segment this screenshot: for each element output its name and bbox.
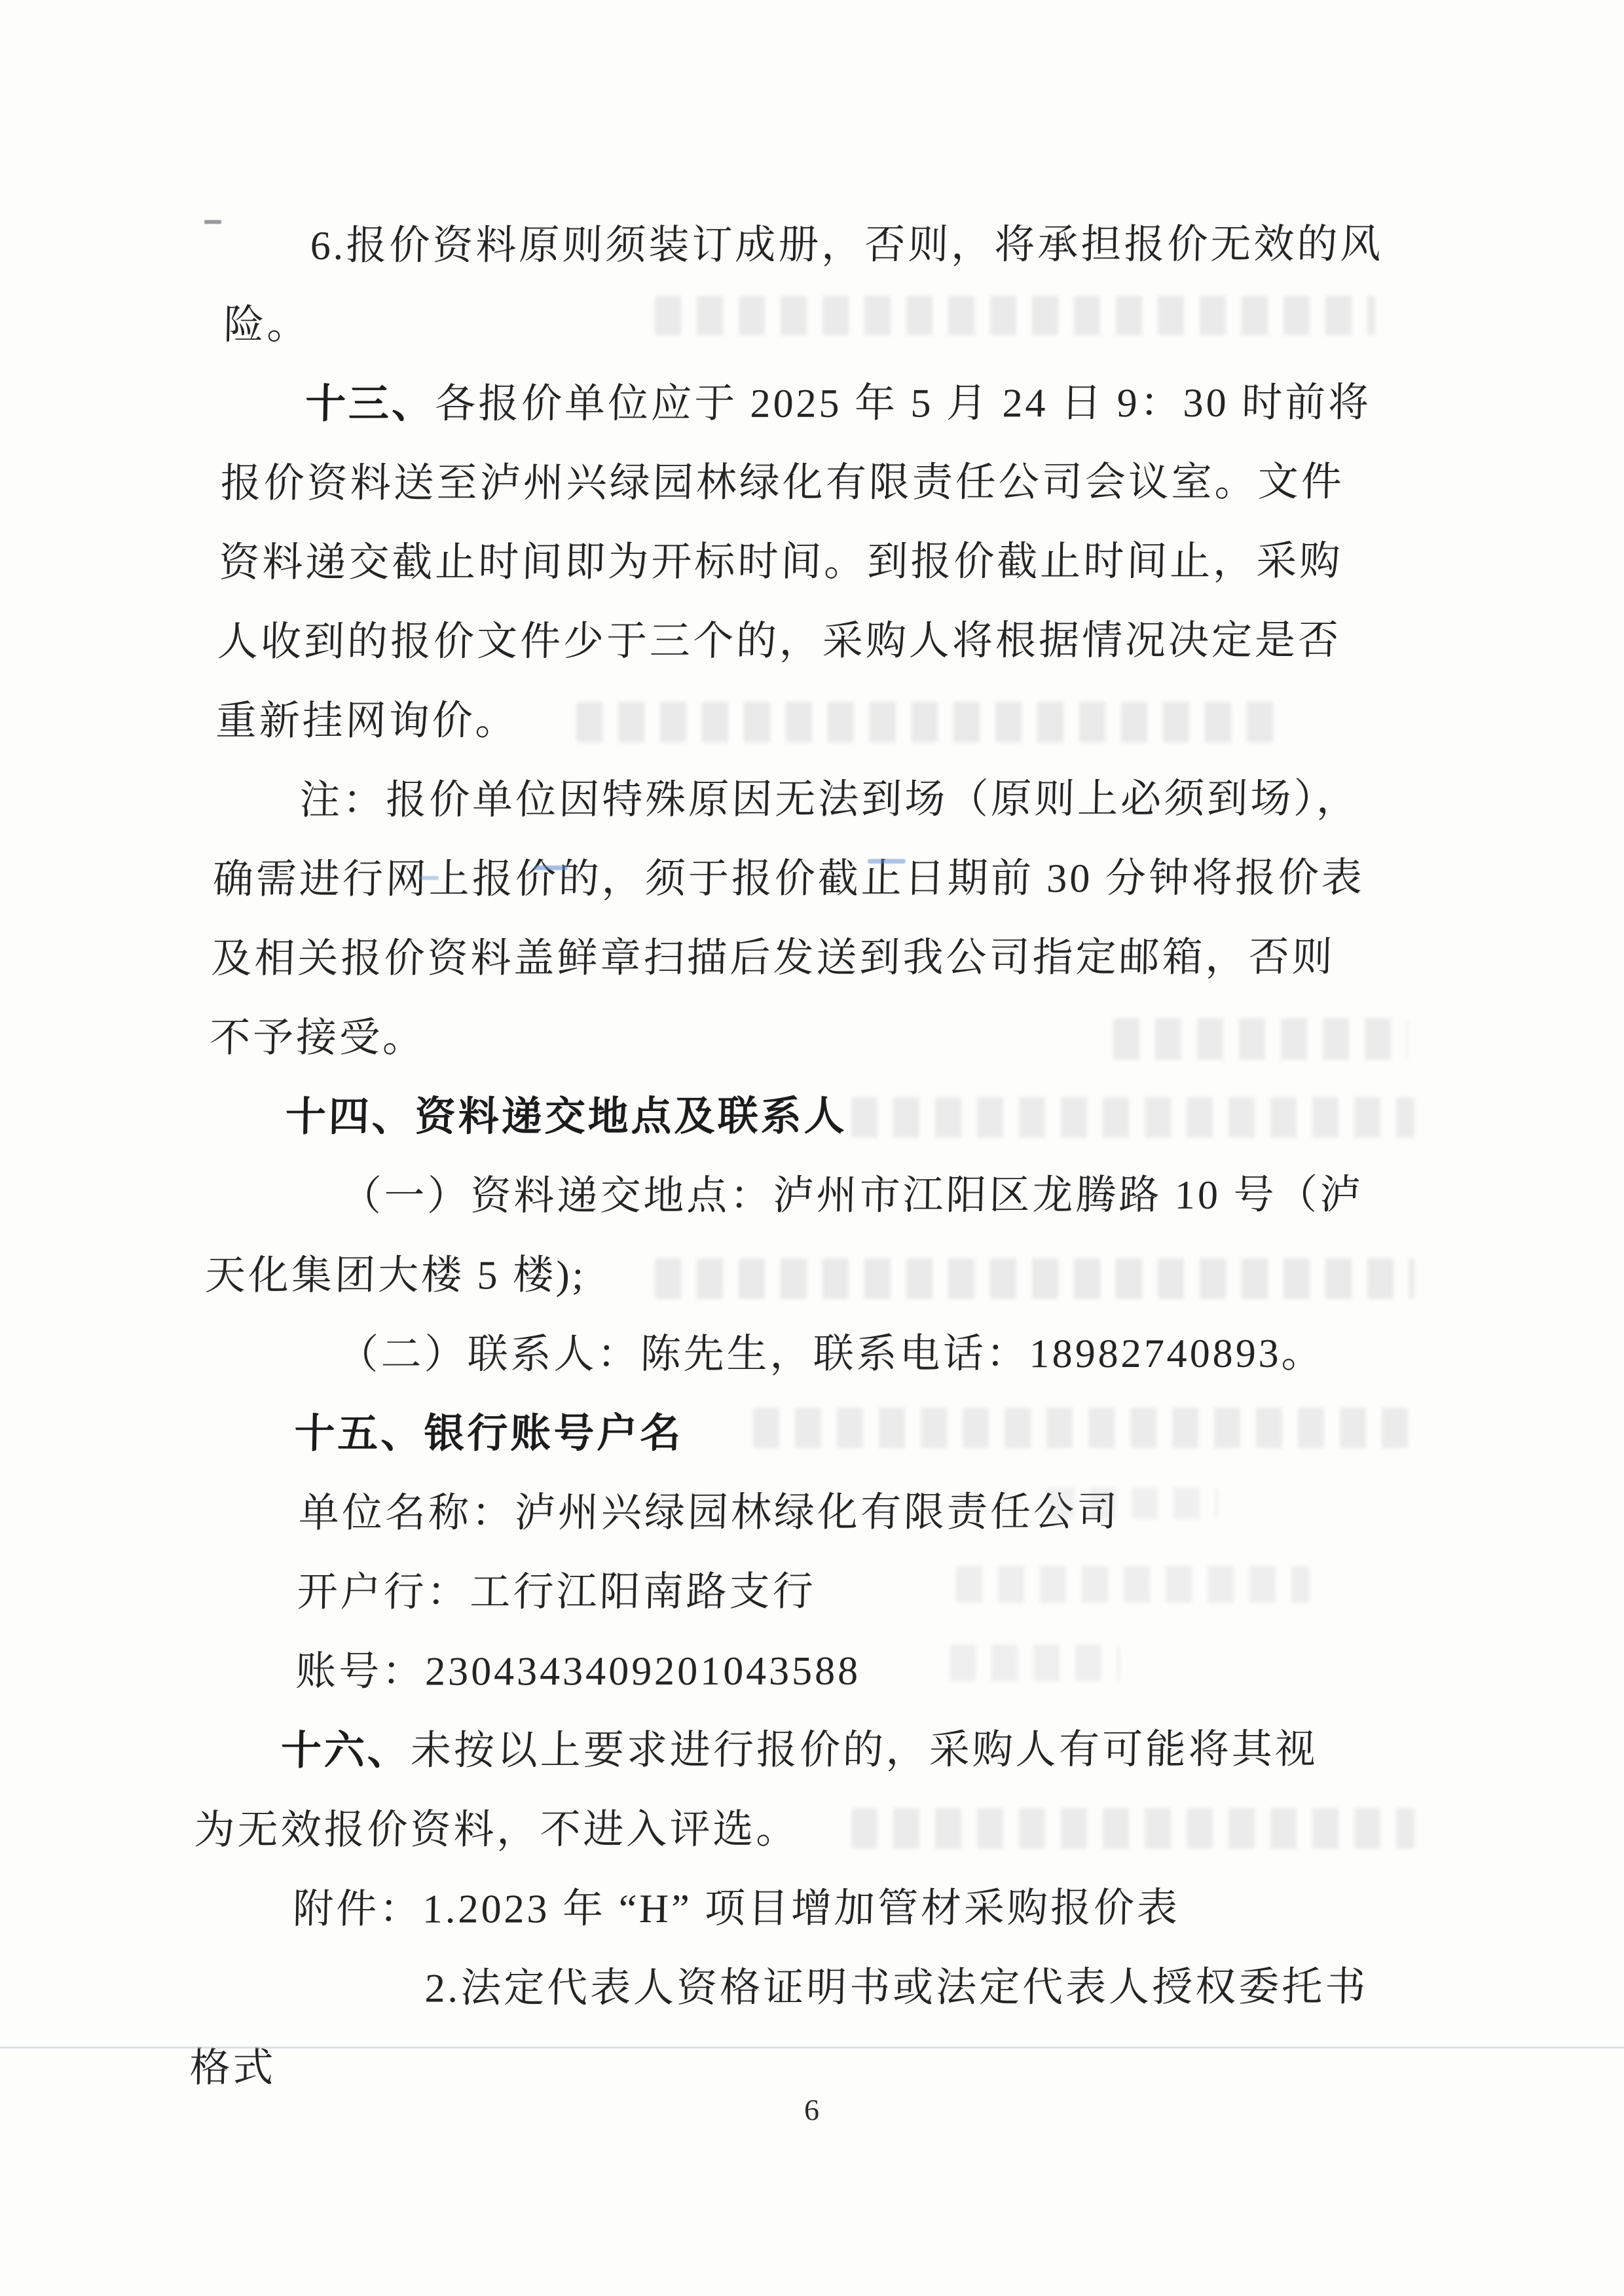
blue-ink-mark [534,866,568,870]
bleed-through-artifact [576,702,1283,742]
line-text: 报价资料送至泸州兴绿园林绿化有限责任公司会议室。文件 [220,460,1344,506]
doc-line-account-number: 账号：2304343409201043588 [196,1631,1380,1712]
line-text: 6.报价资料原则须装订成册，否则，将承担报价无效的风 [310,223,1384,268]
line-text: 格式 [189,2046,276,2090]
line-text: 不予接受。 [210,1016,426,1061]
line-text: 及相关报价资料盖鲜章扫描后发送到我公司指定邮箱，否则 [211,936,1335,981]
line-text: 人收到的报价文件少于三个的，采购人将根据情况决定是否 [217,619,1341,665]
doc-line-attachment-2: 2.法定代表人资格证明书或法定代表人授权委托书 [191,1948,1374,2029]
doc-line-section-13-cont-2: 资料递交截止时间即为开标时间。到报价截止时间止，采购 [218,522,1401,603]
doc-line-note-cont-2: 及相关报价资料盖鲜章扫描后发送到我公司指定邮箱，否则 [210,918,1393,999]
line-text: 附件：1.2023 年 “H” 项目增加管材采购报价表 [292,1886,1180,1932]
line-text: 重新挂网询价。 [215,699,519,744]
line-text: 天化集团大楼 5 楼); [204,1253,586,1298]
scanned-document-page: 6.报价资料原则须装订成册，否则，将承担报价无效的风 险。 十三、各报价单位应于… [0,0,1624,2296]
doc-line-note: 注：报价单位因特殊原因无法到场（原则上必须到场）， [213,759,1397,841]
blue-ink-mark [868,859,906,864]
line-text: 资料递交截止时间即为开标时间。到报价截止时间止，采购 [219,539,1343,585]
doc-line-contact-person: （二）联系人：陈先生，联系电话：18982740893。 [203,1314,1386,1395]
bleed-through-artifact [1048,1487,1218,1519]
doc-line-note-cont-1: 确需进行网上报价的，须于报价截止日期前 30 分钟将报价表 [212,839,1395,920]
footer-scan-line [0,2047,1624,2049]
section-number: 十三、 [304,382,435,427]
bleed-through-artifact [655,1258,1414,1299]
doc-line-section-13-cont-3: 人收到的报价文件少于三个的，采购人将根据情况决定是否 [217,601,1400,682]
line-text: （二）联系人：陈先生，联系电话：18982740893。 [337,1332,1325,1377]
doc-line-section-13: 十三、各报价单位应于 2025 年 5 月 24 日 9：30 时前将 [221,363,1405,445]
blue-ink-mark [419,876,439,880]
line-text: 单位名称：泸州兴绿园林绿化有限责任公司 [298,1490,1120,1536]
bleed-through-artifact [851,1808,1414,1849]
line-text: 注：报价单位因特殊原因无法到场（原则上必须到场）， [299,777,1360,823]
bleed-through-artifact [956,1566,1310,1603]
section-heading: 十四、资料递交地点及联系人 [285,1095,847,1140]
bleed-through-artifact [753,1408,1408,1448]
line-text: 为无效报价资料，不进入评选。 [194,1808,800,1853]
line-text: 险。 [223,303,310,348]
doc-line-section-13-cont-1: 报价资料送至泸州兴绿园林绿化有限责任公司会议室。文件 [220,443,1403,524]
page-number: 6 [0,2092,1624,2127]
doc-line-attachment-1: 附件：1.2023 年 “H” 项目增加管材采购报价表 [192,1868,1375,1950]
section-number: 十六、 [280,1729,411,1774]
line-text: 2.法定代表人资格证明书或法定代表人授权委托书 [424,1965,1369,2011]
line-text: 确需进行网上报价的，须于报价截止日期前 30 分钟将报价表 [212,856,1365,902]
line-text: 未按以上要求进行报价的，采购人有可能将其视 [410,1728,1318,1774]
section-heading: 十五、银行账号户名 [294,1412,684,1457]
bleed-through-artifact [950,1645,1120,1681]
doc-line-section-16: 十六、未按以上要求进行报价的，采购人有可能将其视 [195,1710,1378,1791]
line-text: 开户行：工行江阳南路支行 [297,1570,816,1615]
line-text: 账号：2304343409201043588 [295,1649,861,1694]
line-text: 各报价单位应于 2025 年 5 月 24 日 9：30 时前将 [434,381,1371,427]
scan-speck [204,220,221,224]
bleed-through-artifact [655,296,1375,335]
doc-line-delivery-address: （一）资料递交地点：泸州市江阳区龙腾路 10 号（泸 [206,1156,1389,1237]
bleed-through-artifact [1113,1018,1408,1060]
line-text: （一）资料递交地点：泸州市江阳区龙腾路 10 号（泸 [341,1173,1363,1219]
bleed-through-artifact [851,1097,1414,1138]
doc-line-binding-requirement: 6.报价资料原则须装订成册，否则，将承担报价无效的风 [225,205,1408,286]
